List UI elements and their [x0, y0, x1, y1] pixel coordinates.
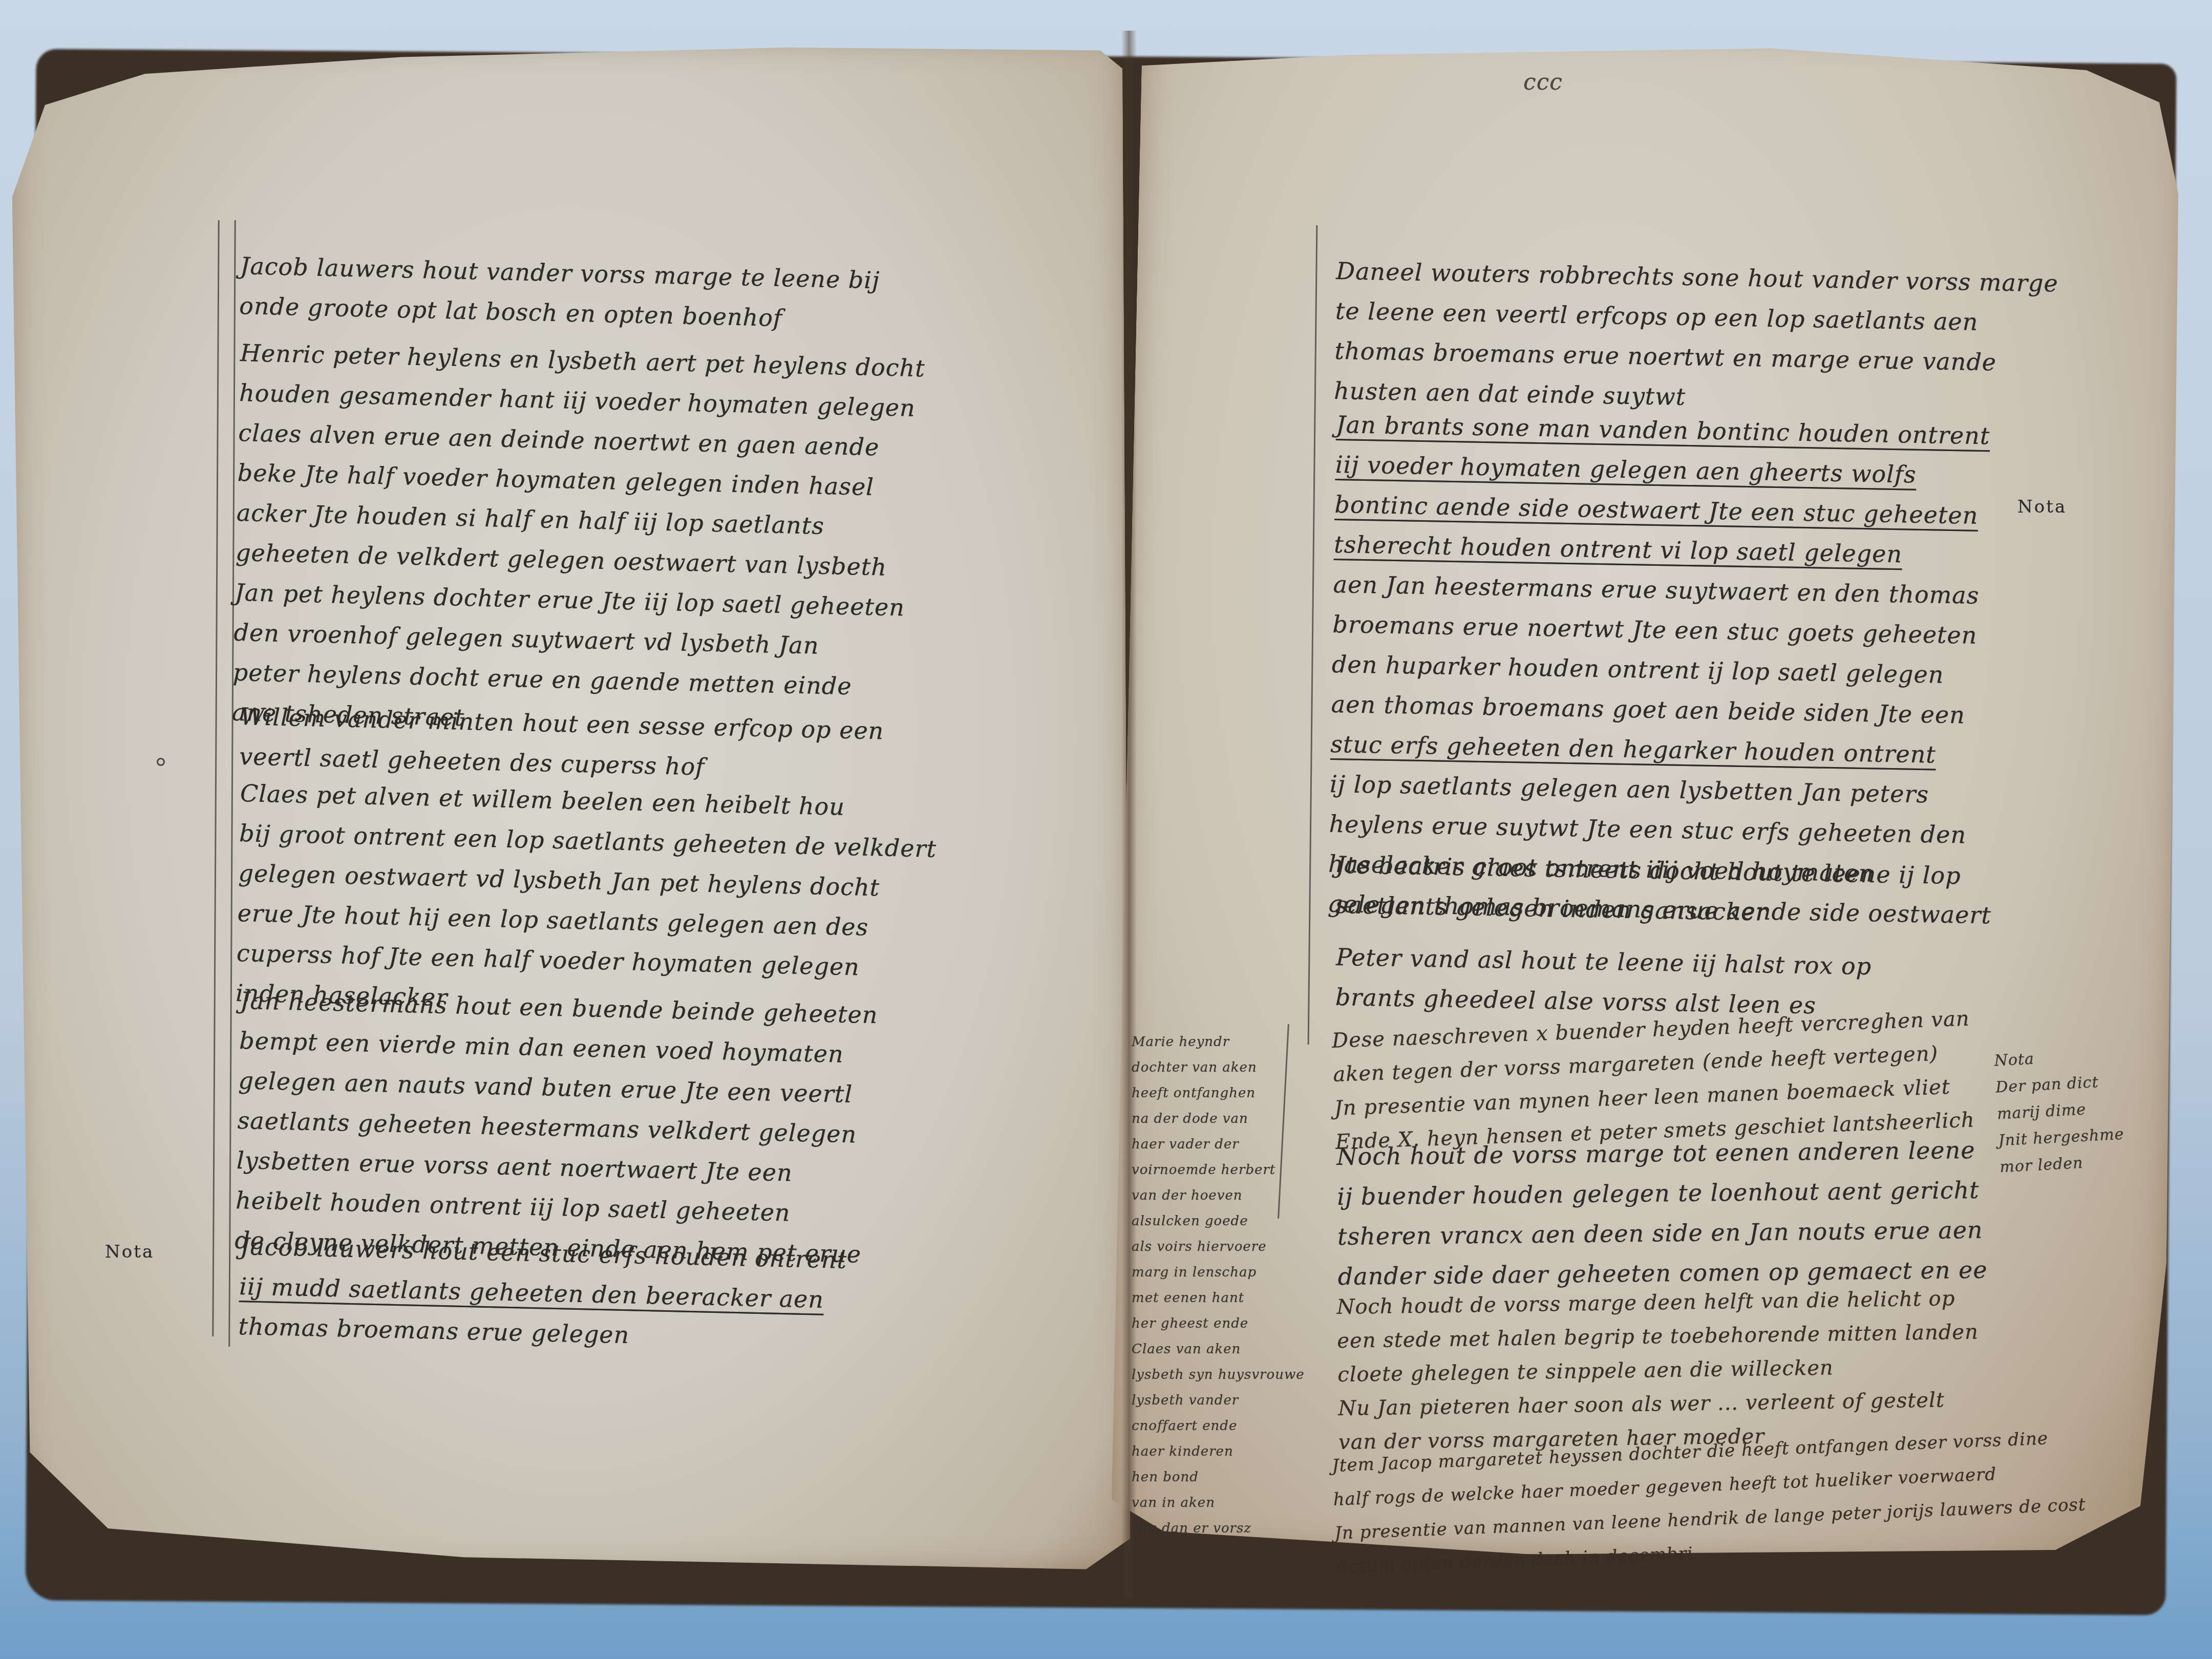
entry-2: Henric peter heylens en lysbeth aert pet…	[231, 333, 925, 748]
entry-1: Jacob lauwers hout vander vorss marge te…	[239, 246, 880, 340]
margin-line: dochter van aken	[1132, 1055, 1305, 1080]
right-edge-margin-notes: Nota Der pan dict marij dime Jnit herges…	[1993, 1041, 2126, 1181]
entry-6: Jacob lauwers hout een stuc erfs houden …	[238, 1226, 847, 1360]
margin-line: lysbeth syn huysvrouwe	[1132, 1362, 1305, 1388]
margin-line: hen bond	[1132, 1464, 1305, 1490]
margin-line: dus dan er vorsz	[1132, 1516, 1305, 1541]
entry-line: tsheren vrancx aen deen side en Jan nout…	[1337, 1210, 1988, 1257]
photo-stage: ccc Jacob lauwers hout vander vorss marg…	[0, 0, 2212, 1659]
margin-line: Claes van aken	[1132, 1336, 1305, 1362]
entry-line: ij buender houden gelegen te loenhout ae…	[1337, 1170, 1987, 1217]
margin-line: met eenen hant	[1132, 1285, 1305, 1311]
margin-line: haer vader der	[1132, 1132, 1305, 1157]
folio-number: ccc	[1523, 69, 1563, 95]
margin-line: van in aken	[1132, 1490, 1305, 1516]
entry-3: Jte beatris claes tsmeets docht hout te …	[1335, 845, 1961, 935]
margin-line: van der hoeven	[1132, 1183, 1305, 1208]
left-margin-dot-mark	[157, 758, 165, 766]
margin-line: na der dode van	[1132, 1106, 1305, 1132]
gutter-margin-notes: Marie heyndr dochter van aken heeft ontf…	[1132, 1029, 1305, 1541]
margin-line: heeft ontfanghen	[1132, 1080, 1305, 1106]
left-margin-nota: Nota	[105, 1242, 154, 1262]
margin-line: haer kinderen	[1132, 1439, 1305, 1464]
margin-line: marg in lenschap	[1132, 1260, 1305, 1285]
margin-line: alsulcken goede	[1132, 1208, 1305, 1234]
right-margin-nota: Nota	[2017, 497, 2067, 517]
margin-line: Marie heyndr	[1132, 1029, 1305, 1055]
margin-line: lysbeth vander	[1132, 1388, 1305, 1413]
margin-line: als voirs hiervoere	[1132, 1234, 1305, 1260]
entry-1: Daneel wouters robbrechts sone hout vand…	[1334, 251, 2059, 423]
entry-8-later-hand: Jtem Jacop margaretet heyssen dochter di…	[1331, 1420, 2088, 1584]
margin-line: her gheest ende	[1132, 1311, 1305, 1336]
entry-6: Noch hout de vorss marge tot eenen ander…	[1336, 1130, 1988, 1296]
margin-line: cnoffaert ende	[1132, 1413, 1305, 1439]
entry-line: Noch hout de vorss marge tot eenen ander…	[1336, 1130, 1987, 1177]
margin-line: voirnoemde herbert	[1132, 1157, 1305, 1183]
